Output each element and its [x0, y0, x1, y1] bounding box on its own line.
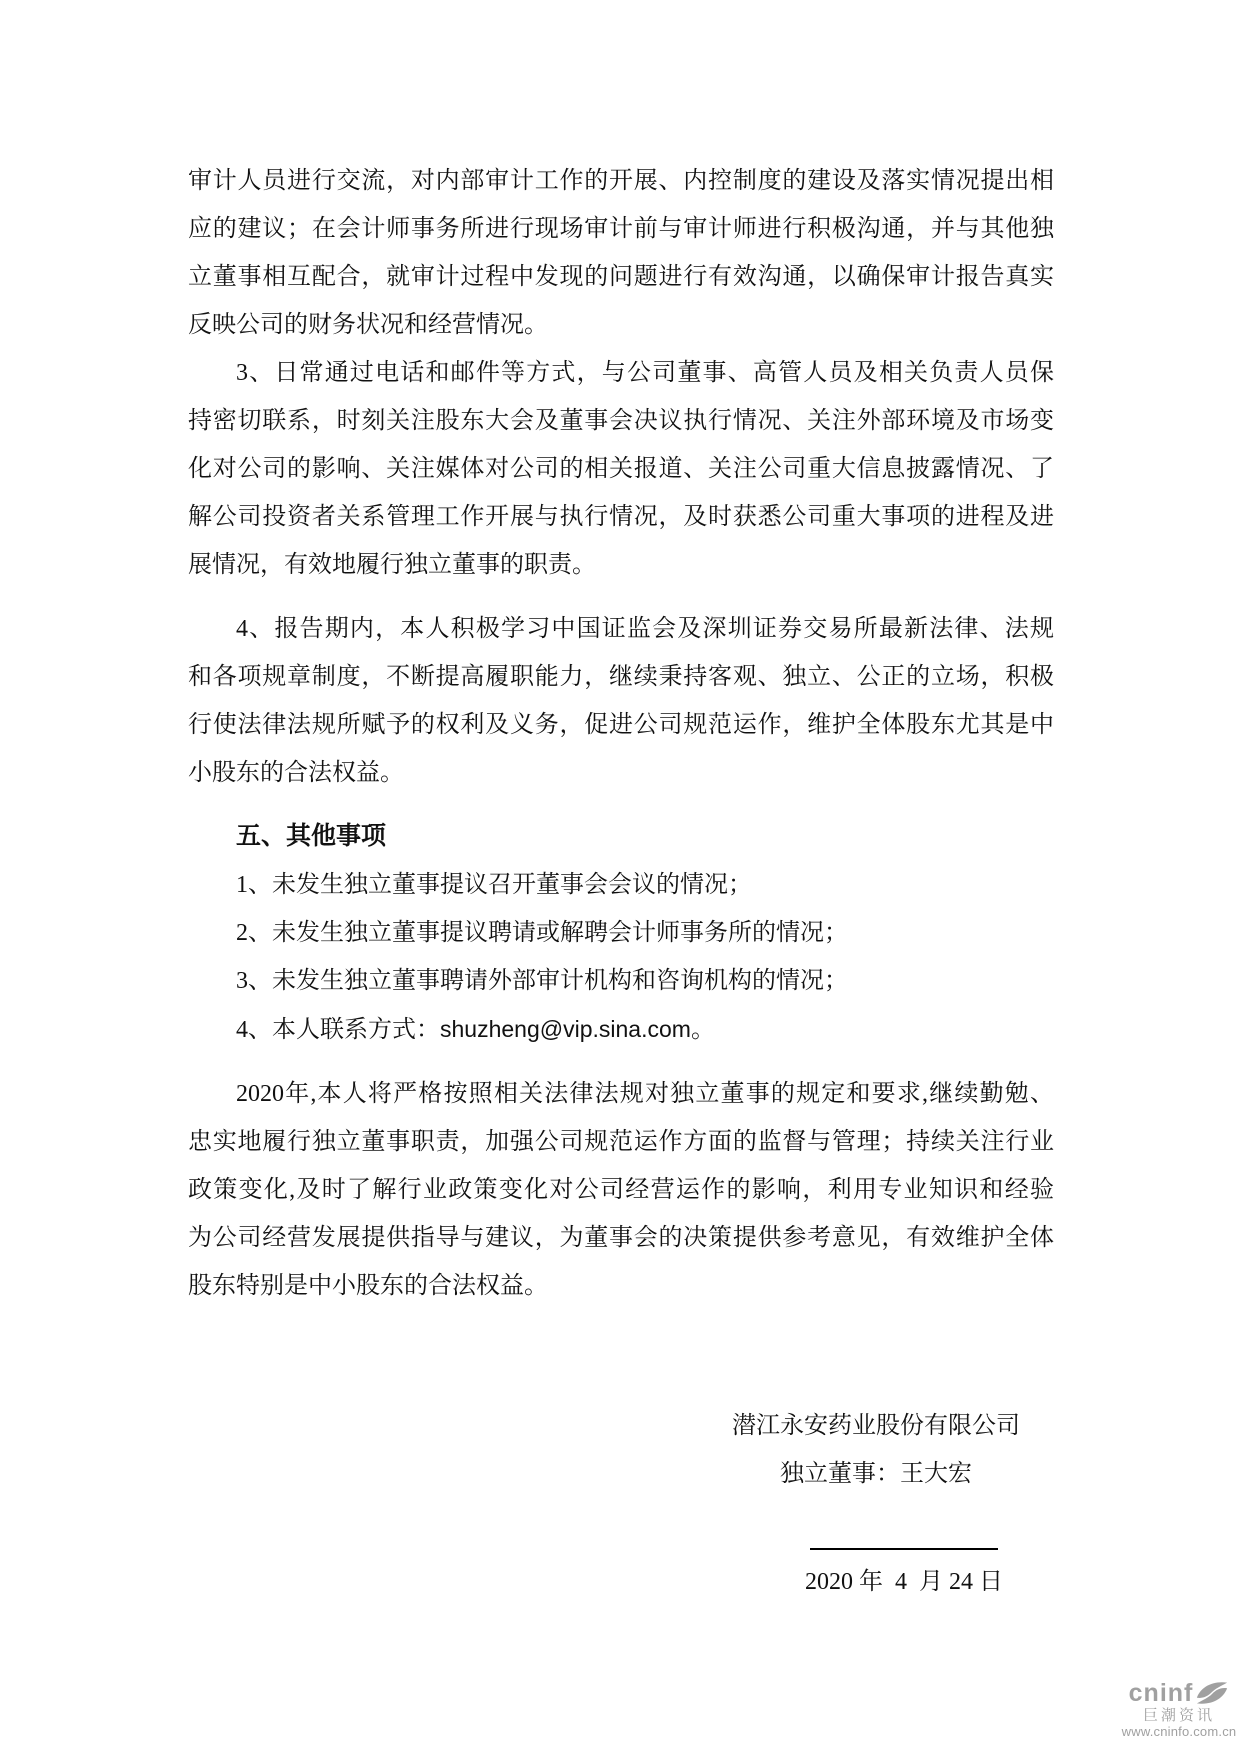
text-line: 审计人员进行交流，对内部审计工作的开展、内控制度的建设及落实情况提出相 [188, 157, 1054, 205]
text-line: 政策变化,及时了解行业政策变化对公司经营运作的影响，利用专业知识和经验 [188, 1166, 1054, 1214]
date-block: 2020 年 4 月 24 日 [704, 1548, 1104, 1606]
text-line: 4、报告期内，本人积极学习中国证监会及深圳证券交易所最新法律、法规 [188, 605, 1054, 653]
cninfo-url: www.cninfo.com.cn [1120, 1724, 1238, 1740]
text-line: 股东特别是中小股东的合法权益。 [188, 1262, 1054, 1310]
other-matters-list: 1、未发生独立董事提议召开董事会会议的情况； 2、未发生独立董事提议聘请或解聘会… [188, 861, 1054, 1054]
paragraph-daily-communication: 3、日常通过电话和邮件等方式，与公司董事、高管人员及相关负责人员保 持密切联系，… [188, 349, 1054, 589]
text-line: 反映公司的财务状况和经营情况。 [188, 301, 1054, 349]
list-item-contact: 4、本人联系方式：shuzheng@vip.sina.com。 [188, 1005, 1054, 1054]
document-body: 审计人员进行交流，对内部审计工作的开展、内控制度的建设及落实情况提出相 应的建议… [188, 157, 1054, 1606]
paragraph-report-period: 4、报告期内，本人积极学习中国证监会及深圳证券交易所最新法律、法规 和各项规章制… [188, 605, 1054, 797]
text-line: 3、日常通过电话和邮件等方式，与公司董事、高管人员及相关负责人员保 [188, 349, 1054, 397]
cninfo-watermark: cninf 巨潮资讯 www.cninfo.com.cn [1120, 1679, 1238, 1740]
document-page: 审计人员进行交流，对内部审计工作的开展、内控制度的建设及落实情况提出相 应的建议… [0, 0, 1241, 1754]
cninfo-brand-row: cninf [1120, 1679, 1238, 1707]
signature-date: 2020 年 4 月 24 日 [704, 1558, 1104, 1606]
paragraph-2020-outlook: 2020年,本人将严格按照相关法律法规对独立董事的规定和要求,继续勤勉、 忠实地… [188, 1070, 1054, 1310]
signature-signer: 独立董事：王大宏 [676, 1450, 1076, 1498]
list-item-no-hire-fire-auditor: 2、未发生独立董事提议聘请或解聘会计师事务所的情况； [188, 909, 1054, 957]
cninfo-logo-icon [1195, 1679, 1229, 1707]
section-heading-other-matters: 五、其他事项 [188, 813, 1054, 861]
text-line: 持密切联系，时刻关注股东大会及董事会决议执行情况、关注外部环境及市场变 [188, 397, 1054, 445]
paragraph-audit-continuation: 审计人员进行交流，对内部审计工作的开展、内控制度的建设及落实情况提出相 应的建议… [188, 157, 1054, 349]
list-item-no-external-audit: 3、未发生独立董事聘请外部审计机构和咨询机构的情况； [188, 957, 1054, 1005]
contact-prefix: 4、本人联系方式： [236, 1017, 440, 1043]
text-line: 2020年,本人将严格按照相关法律法规对独立董事的规定和要求,继续勤勉、 [188, 1070, 1054, 1118]
text-line: 忠实地履行独立董事职责，加强公司规范运作方面的监督与管理；持续关注行业 [188, 1118, 1054, 1166]
text-line: 小股东的合法权益。 [188, 749, 1054, 797]
signature-block: 潜江永安药业股份有限公司 独立董事：王大宏 [676, 1402, 1076, 1498]
signature-rule [810, 1548, 998, 1550]
list-item-no-board-meeting: 1、未发生独立董事提议召开董事会会议的情况； [188, 861, 1054, 909]
contact-suffix: 。 [691, 1017, 715, 1043]
text-line: 为公司经营发展提供指导与建议，为董事会的决策提供参考意见，有效维护全体 [188, 1214, 1054, 1262]
text-line: 化对公司的影响、关注媒体对公司的相关报道、关注公司重大信息披露情况、了 [188, 445, 1054, 493]
cninfo-brand-chinese: 巨潮资讯 [1120, 1708, 1238, 1724]
text-line: 和各项规章制度，不断提高履职能力，继续秉持客观、独立、公正的立场，积极 [188, 653, 1054, 701]
text-line: 立董事相互配合，就审计过程中发现的问题进行有效沟通，以确保审计报告真实 [188, 253, 1054, 301]
cninfo-brand-text: cninf [1129, 1680, 1194, 1706]
text-line: 行使法律法规所赋予的权利及义务，促进公司规范运作，维护全体股东尤其是中 [188, 701, 1054, 749]
text-line: 展情况，有效地履行独立董事的职责。 [188, 541, 1054, 589]
contact-email: shuzheng@vip.sina.com [440, 1016, 691, 1042]
text-line: 应的建议；在会计师事务所进行现场审计前与审计师进行积极沟通，并与其他独 [188, 205, 1054, 253]
text-line: 解公司投资者关系管理工作开展与执行情况，及时获悉公司重大事项的进程及进 [188, 493, 1054, 541]
signature-company: 潜江永安药业股份有限公司 [676, 1402, 1076, 1450]
